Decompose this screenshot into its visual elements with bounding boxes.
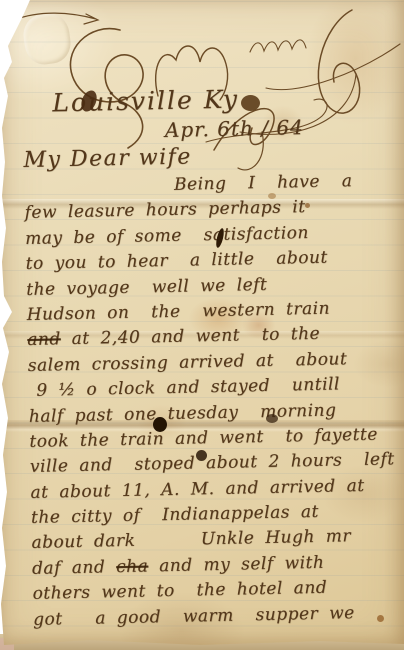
letter-body: Being I have afew leasure hours perhaps …	[24, 168, 404, 633]
stain-dot	[268, 193, 276, 199]
letter-text: Louisville Ky Apr. 6th / 64 My Dear wife…	[22, 80, 404, 633]
letter-words: others went to the hotel and	[32, 578, 327, 604]
letter-words: Hudson on the western train	[27, 299, 331, 325]
ink-blot	[266, 414, 278, 423]
letter-words: ville and stoped about 2 hours left	[30, 450, 395, 478]
letter-paper: Louisville Ky Apr. 6th / 64 My Dear wife…	[0, 0, 404, 650]
ink-blot	[241, 95, 260, 111]
letter-words: 9 ½ o clock and stayed untill	[36, 375, 340, 401]
ink-blot	[196, 450, 207, 461]
letter-words: at about 11, A. M. and arrived at	[30, 476, 365, 503]
letter-words: may be of some satisfaction	[25, 223, 309, 249]
ink-blot	[153, 417, 167, 432]
letter-words: at 2,40 and went to the	[61, 324, 321, 349]
letter-photo: Louisville Ky Apr. 6th / 64 My Dear wife…	[0, 0, 404, 650]
letter-words: half past one tuesday morning	[29, 400, 337, 426]
struck-word: cha	[116, 556, 149, 577]
letter-words: about dark Unkle Hugh mr	[31, 527, 351, 554]
stain-dot	[377, 615, 384, 622]
letter-words: the voyage well we left	[26, 274, 267, 299]
struck-word: and	[27, 330, 61, 351]
letter-words: took the train and went to fayette	[29, 425, 378, 452]
letter-words: daf and	[32, 557, 116, 579]
letter-words: and my self with	[148, 553, 324, 577]
letter-words: to you to hear a little about	[25, 248, 327, 274]
letter-words: few leasure hours perhaps it	[24, 197, 305, 223]
letter-words: the citty of Indianappelas at	[31, 502, 319, 528]
stain-dot	[305, 203, 310, 208]
letter-words: Being I have a	[174, 171, 353, 195]
letter-words: salem crossing arrived at about	[28, 349, 348, 376]
letter-words: got a good warm supper we	[33, 603, 355, 630]
